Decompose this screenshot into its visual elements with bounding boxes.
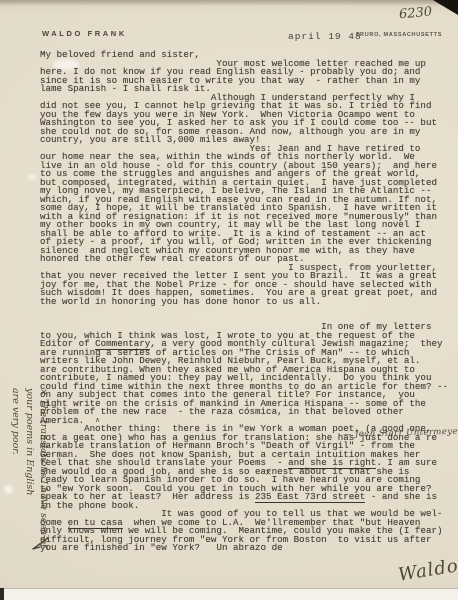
- archive-number: 6230: [398, 5, 432, 23]
- scan-top-shadow: [0, 0, 458, 6]
- typed-date: april 19 48: [288, 31, 362, 42]
- scan-bottom-notch: [0, 588, 4, 600]
- paper-bottom-edge: [0, 588, 458, 600]
- paper-stain: [28, 174, 36, 180]
- letterhead-place: TRURO, MASSACHUSETTS: [356, 32, 442, 38]
- letter-body: My beloved friend and sister, Your most …: [40, 51, 448, 553]
- poems-x-mark: ×: [265, 468, 272, 477]
- letterhead-name: WALDO FRANK: [42, 29, 127, 38]
- signature: Waldo: [397, 555, 458, 585]
- letter-scan-page: 6230 WALDO FRANK TRURO, MASSACHUSETTS ap…: [0, 0, 458, 600]
- insertion-caret-mark: ∧: [95, 416, 100, 424]
- margin-check-mark: [27, 535, 51, 555]
